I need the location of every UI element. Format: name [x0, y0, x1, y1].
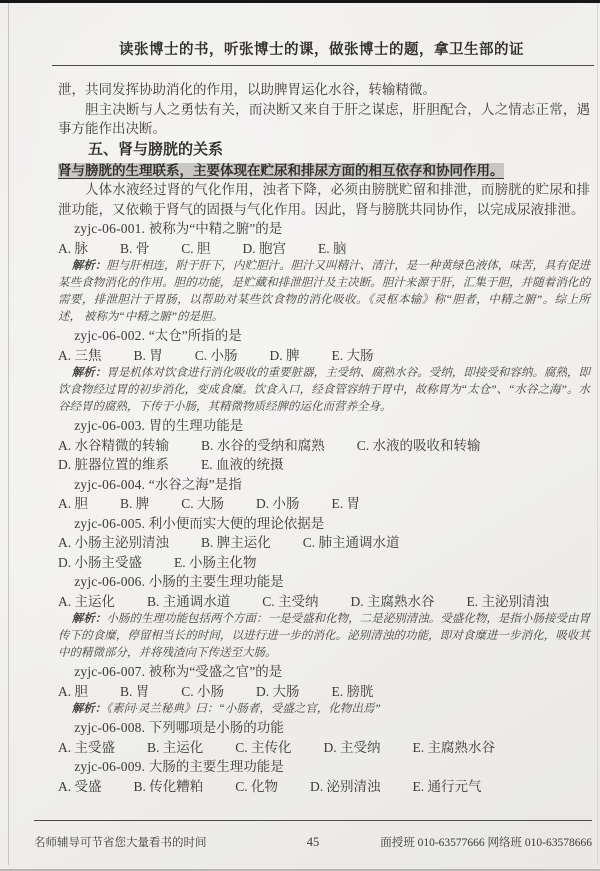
analysis-body: 胃是机体对饮食进行消化吸收的重要脏器，主受纳、腐熟水谷。受纳，即接受和容纳。腐熟… [58, 367, 590, 413]
option-label: B. 主运化 [147, 738, 203, 758]
option-label: E. 通行元气 [413, 777, 482, 797]
option-label: D. 主受纳 [324, 738, 381, 758]
page-body: 泄，共同发挥协助消化的作用，以助脾胃运化水谷，转输精微。 胆主决断与人之勇怯有关… [58, 80, 590, 796]
question-stem: 胃的生理功能是 [149, 418, 244, 433]
intro-paragraph: 泄，共同发挥协助消化的作用，以助脾胃运化水谷，转输精微。 [58, 80, 590, 100]
question-id: zyjc-06-009. [74, 759, 149, 774]
option-label: E. 血液的统摄 [201, 455, 284, 475]
options-row: A. 小肠主泌别清浊B. 脾主运化C. 肺主通调水道 [58, 533, 590, 553]
header-rule [52, 65, 594, 66]
option-label: C. 水液的吸收和转输 [357, 436, 481, 456]
intro-paragraph: 胆主决断与人之勇怯有关，而决断又来自于肝之谋虑，肝胆配合，人之情志正常，遇事方能… [58, 100, 590, 139]
options-row: A. 胆B. 脾C. 大肠D. 小肠E. 胃 [58, 494, 590, 514]
option-label: B. 水谷的受纳和腐熟 [201, 436, 325, 456]
analysis-label: 解析： [72, 703, 107, 715]
options-row: A. 脉B. 骨C. 胆D. 胞宫E. 脑 [58, 239, 590, 259]
option-label: C. 主受纳 [262, 592, 318, 612]
option-label: E. 脑 [318, 239, 347, 259]
question-id: zyjc-06-005. [74, 516, 149, 531]
option-label: A. 主受盛 [58, 738, 115, 758]
option-label: E. 主腐熟水谷 [413, 738, 496, 758]
question-line: zyjc-06-008. 下列哪项是小肠的功能 [58, 718, 590, 738]
question-id: zyjc-06-006. [74, 574, 149, 589]
options-row: A. 三焦B. 胃C. 小肠D. 脾E. 大肠 [58, 346, 590, 366]
analysis-label: 解析： [72, 613, 107, 625]
option-label: D. 脏器位置的维系 [58, 455, 169, 475]
option-label: C. 肺主通调水道 [303, 533, 400, 553]
footer: 名师辅导可节省您大量看书的时间 45 面授班 010-63577666 网络班 … [34, 834, 592, 850]
scanned-page: 读张博士的书，听张博士的课，做张博士的题，拿卫生部的证 泄，共同发挥协助消化的作… [0, 0, 600, 871]
analysis-text: 解析：《素问·灵兰秘典》曰：“小肠者，受盛之官，化物出焉” [58, 701, 590, 718]
option-label: B. 脾 [120, 494, 149, 514]
options-row: D. 脏器位置的维系E. 血液的统摄 [58, 455, 590, 475]
question-line: zyjc-06-007. 被称为“受盛之官”的是 [58, 662, 590, 682]
option-label: A. 胆 [58, 682, 88, 702]
option-label: C. 主传化 [235, 738, 291, 758]
question-line: zyjc-06-009. 大肠的主要生理功能是 [58, 757, 590, 777]
header-banner: 读张博士的书，听张博士的课，做张博士的题，拿卫生部的证 [55, 40, 588, 60]
option-label: B. 骨 [120, 239, 149, 259]
question-block: zyjc-06-007. 被称为“受盛之官”的是A. 胆B. 胃C. 小肠D. … [58, 662, 590, 718]
scan-right-edge [597, 3, 598, 865]
analysis-text: 解析：小肠的生理功能包括两个方面：一是受盛和化物，二是泌别清浊。受盛化物，是指小… [58, 611, 590, 662]
option-label: C. 大肠 [181, 494, 224, 514]
question-block: zyjc-06-005. 利小便而实大便的理论依据是A. 小肠主泌别清浊B. 脾… [58, 514, 590, 573]
question-line: zyjc-06-002. “太仓”所指的是 [58, 326, 590, 346]
option-label: D. 脾 [270, 346, 300, 366]
question-block: zyjc-06-001. 被称为“中精之腑”的是A. 脉B. 骨C. 胆D. 胞… [58, 219, 590, 326]
page-number: 45 [268, 835, 358, 850]
question-stem: 大肠的主要生理功能是 [149, 759, 284, 774]
option-label: A. 三焦 [58, 346, 102, 366]
section-heading: 五、肾与膀胱的关系 [58, 139, 590, 161]
option-label: D. 主腐熟水谷 [351, 592, 435, 612]
footer-slogan: 名师辅导可节省您大量看书的时间 [34, 834, 268, 850]
question-stem: 下列哪项是小肠的功能 [149, 720, 284, 735]
section-paragraph: 人体水液经过肾的气化作用，浊者下降，必须由膀胱贮留和排泄，而膀胱的贮尿和排泄功能… [58, 180, 590, 219]
question-block: zyjc-06-009. 大肠的主要生理功能是A. 受盛B. 传化糟粕C. 化物… [58, 757, 590, 796]
question-stem: 小肠的主要生理功能是 [149, 574, 284, 589]
option-label: B. 脾主运化 [201, 533, 271, 553]
scan-left-edge [8, 3, 9, 865]
option-label: D. 小肠主受盛 [58, 553, 142, 573]
question-id: zyjc-06-001. [74, 221, 149, 236]
option-label: B. 传化糟粕 [134, 777, 204, 797]
option-label: E. 小肠主化物 [174, 553, 257, 573]
question-id: zyjc-06-007. [74, 664, 149, 679]
option-label: B. 胃 [120, 682, 149, 702]
key-point-highlight: 肾与膀胱的生理联系，主要体现在贮尿和排尿方面的相互依存和协同作用。 [58, 163, 504, 179]
key-point-line: 肾与膀胱的生理联系，主要体现在贮尿和排尿方面的相互依存和协同作用。 [58, 161, 590, 181]
question-line: zyjc-06-004. “水谷之海”是指 [58, 475, 590, 495]
options-row: A. 水谷精微的转输B. 水谷的受纳和腐熟C. 水液的吸收和转输 [58, 436, 590, 456]
question-line: zyjc-06-006. 小肠的主要生理功能是 [58, 572, 590, 592]
question-block: zyjc-06-003. 胃的生理功能是A. 水谷精微的转输B. 水谷的受纳和腐… [58, 416, 590, 475]
analysis-body: 《素问·灵兰秘典》曰：“小肠者，受盛之官，化物出焉” [106, 703, 380, 715]
option-label: E. 膀胱 [332, 682, 374, 702]
scan-top-edge [0, 0, 600, 3]
option-label: D. 胞宫 [243, 239, 287, 259]
option-label: D. 大肠 [256, 682, 300, 702]
question-block: zyjc-06-006. 小肠的主要生理功能是A. 主运化B. 主通调水道C. … [58, 572, 590, 662]
option-label: A. 脉 [58, 239, 88, 259]
question-line: zyjc-06-001. 被称为“中精之腑”的是 [58, 219, 590, 239]
analysis-label: 解析： [72, 367, 107, 379]
question-id: zyjc-06-003. [74, 418, 149, 433]
footer-rule [34, 820, 592, 821]
option-label: E. 胃 [332, 494, 361, 514]
option-label: A. 小肠主泌别清浊 [58, 533, 169, 553]
analysis-label: 解析： [72, 260, 107, 272]
option-label: B. 主通调水道 [147, 592, 230, 612]
option-label: A. 主运化 [58, 592, 115, 612]
question-line: zyjc-06-005. 利小便而实大便的理论依据是 [58, 514, 590, 534]
analysis-body: 胆与肝相连，附于肝下，内贮胆汁。胆汁又叫精汁、清汁，是一种黄绿色液体，味苦，具有… [58, 260, 590, 323]
question-stem: “水谷之海”是指 [149, 477, 242, 492]
question-stem: 被称为“受盛之官”的是 [149, 664, 282, 679]
option-label: C. 小肠 [195, 346, 238, 366]
option-label: C. 胆 [181, 239, 210, 259]
option-label: A. 水谷精微的转输 [58, 436, 169, 456]
option-label: C. 小肠 [181, 682, 224, 702]
option-label: C. 化物 [235, 777, 278, 797]
footer-contact: 面授班 010-63577666 网络班 010-63578666 [358, 834, 592, 850]
options-row: A. 胆B. 胃C. 小肠D. 大肠E. 膀胱 [58, 682, 590, 702]
question-id: zyjc-06-008. [74, 720, 149, 735]
options-row: A. 受盛B. 传化糟粕C. 化物D. 泌别清浊E. 通行元气 [58, 777, 590, 797]
option-label: B. 胃 [134, 346, 163, 366]
option-label: A. 胆 [58, 494, 88, 514]
question-stem: 利小便而实大便的理论依据是 [149, 516, 325, 531]
question-block: zyjc-06-002. “太仓”所指的是A. 三焦B. 胃C. 小肠D. 脾E… [58, 326, 590, 416]
analysis-body: 小肠的生理功能包括两个方面：一是受盛和化物，二是泌别清浊。受盛化物，是指小肠接受… [58, 613, 590, 659]
options-row: A. 主受盛B. 主运化C. 主传化D. 主受纳E. 主腐熟水谷 [58, 738, 590, 758]
option-label: D. 小肠 [256, 494, 300, 514]
question-id: zyjc-06-004. [74, 477, 149, 492]
options-row: A. 主运化B. 主通调水道C. 主受纳D. 主腐熟水谷E. 主泌别清浊 [58, 592, 590, 612]
options-row: D. 小肠主受盛E. 小肠主化物 [58, 553, 590, 573]
option-label: D. 泌别清浊 [310, 777, 381, 797]
question-stem: 被称为“中精之腑”的是 [149, 221, 282, 236]
option-label: A. 受盛 [58, 777, 102, 797]
question-id: zyjc-06-002. [74, 328, 149, 343]
question-stem: “太仓”所指的是 [149, 328, 242, 343]
questions-list: zyjc-06-001. 被称为“中精之腑”的是A. 脉B. 骨C. 胆D. 胞… [58, 219, 590, 796]
option-label: E. 主泌别清浊 [467, 592, 550, 612]
analysis-text: 解析：胃是机体对饮食进行消化吸收的重要脏器，主受纳、腐熟水谷。受纳，即接受和容纳… [58, 365, 590, 416]
question-block: zyjc-06-008. 下列哪项是小肠的功能A. 主受盛B. 主运化C. 主传… [58, 718, 590, 757]
question-block: zyjc-06-004. “水谷之海”是指A. 胆B. 脾C. 大肠D. 小肠E… [58, 475, 590, 514]
option-label: E. 大肠 [332, 346, 374, 366]
analysis-text: 解析：胆与肝相连，附于肝下，内贮胆汁。胆汁又叫精汁、清汁，是一种黄绿色液体，味苦… [58, 258, 590, 326]
question-line: zyjc-06-003. 胃的生理功能是 [58, 416, 590, 436]
